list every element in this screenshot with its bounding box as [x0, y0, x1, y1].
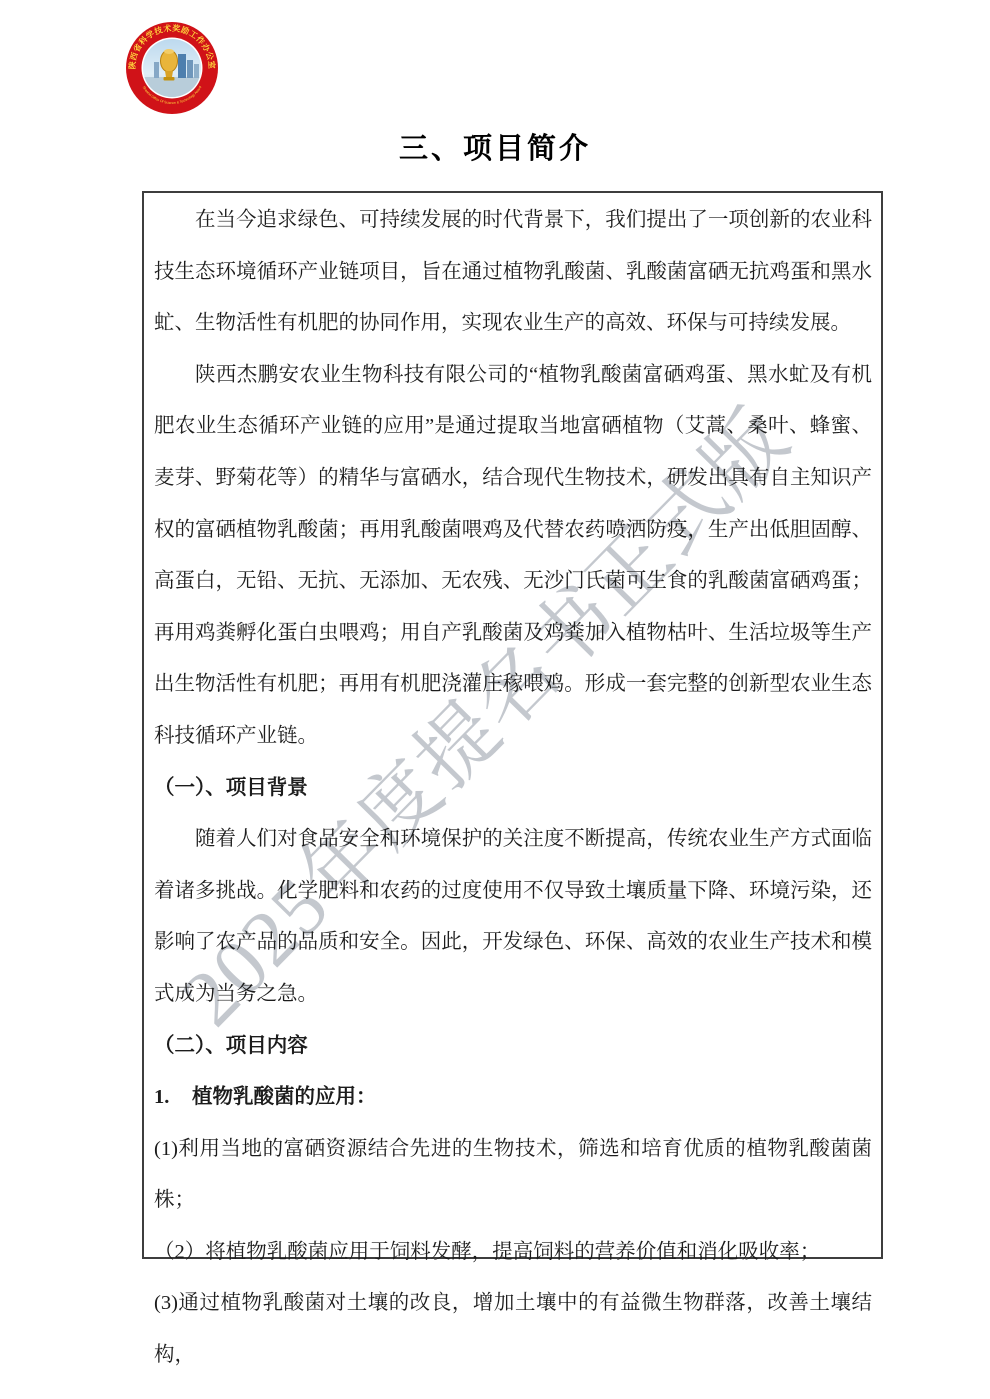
- seal-logo-graphic: 陕西省科学技术奖励工作办公室 Shaanxi Office Of Science…: [124, 20, 220, 116]
- section-heading: （一）、项目背景: [154, 763, 872, 815]
- document-page: 陕西省科学技术奖励工作办公室 Shaanxi Office Of Science…: [0, 0, 990, 1399]
- list-item: (3)通过植物乳酸菌对土壤的改良，增加土壤中的有益微生物群落，改善土壤结构，: [154, 1278, 872, 1381]
- list-item: (1)利用当地的富硒资源结合先进的生物技术，筛选和培育优质的植物乳酸菌菌株；: [154, 1124, 872, 1227]
- list-item: （2）将植物乳酸菌应用于饲料发酵，提高饲料的营养价值和消化吸收率；: [154, 1227, 872, 1279]
- agency-seal-logo: 陕西省科学技术奖励工作办公室 Shaanxi Office Of Science…: [124, 20, 220, 116]
- heading-number: 1.: [154, 1072, 192, 1124]
- content-box: 在当今追求绿色、可持续发展的时代背景下，我们提出了一项创新的农业科技生态环境循环…: [142, 191, 883, 1259]
- heading-label: 植物乳酸菌的应用：: [192, 1086, 377, 1108]
- paragraph: 在当今追求绿色、可持续发展的时代背景下，我们提出了一项创新的农业科技生态环境循环…: [154, 195, 872, 350]
- paragraph: 随着人们对食品安全和环境保护的关注度不断提高，传统农业生产方式面临着诸多挑战。化…: [154, 814, 872, 1020]
- paragraph: 陕西杰鹏安农业生物科技有限公司的“植物乳酸菌富硒鸡蛋、黑水虻及有机肥农业生态循环…: [154, 350, 872, 763]
- page-title: 三、项目简介: [0, 126, 990, 167]
- numbered-heading: 1.植物乳酸菌的应用：: [154, 1072, 872, 1124]
- section-heading: （二）、项目内容: [154, 1021, 872, 1073]
